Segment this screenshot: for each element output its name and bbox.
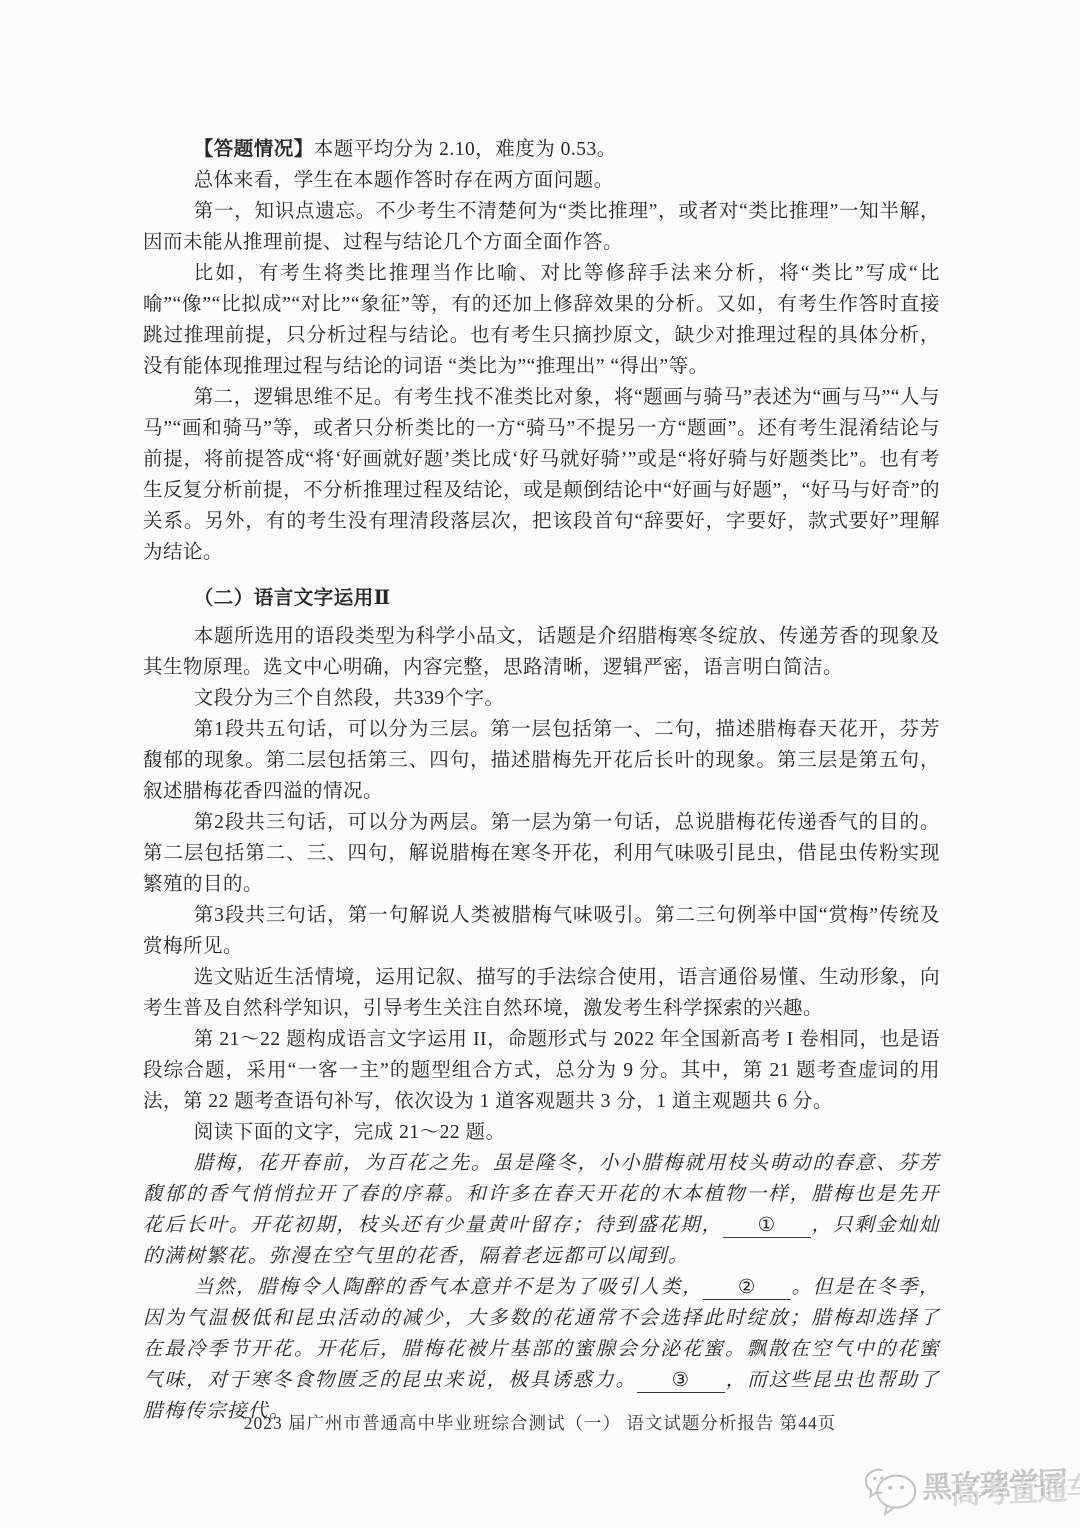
text-run: 当然，腊梅令人陶醉的香气本意并不是为了吸引人类， <box>194 1277 704 1298</box>
problem-1-paragraph: 第一，知识点遗忘。不少考生不清楚何为“类比推理”，或者对“类比推理”一知半解，因… <box>143 196 940 258</box>
page-footer: 2023 届广州市普通高中毕业班综合测试（一） 语文试题分析报告 第44页 <box>0 1410 1080 1435</box>
watermark-text-back: 高考直通车 <box>950 1464 1080 1513</box>
answer-situation-paragraph: 【答题情况】本题平均分为 2.10，难度为 0.53。 <box>143 134 940 165</box>
text-run: 阅读下面的文字，完成 21～22 题。 <box>194 1122 506 1143</box>
para1-analysis-paragraph: 第1段共五句话，可以分为三层。第一层包括第一、二句，描述腊梅春天花开，芬芳馥郁的… <box>143 714 940 807</box>
document-page: 【答题情况】本题平均分为 2.10，难度为 0.53。总体来看，学生在本题作答时… <box>0 0 1080 1527</box>
text-run: 第 21～22 题构成语言文字运用 II，命题形式与 2022 年全国新高考 I… <box>143 1029 940 1112</box>
para2-analysis-paragraph: 第2段共三句话，可以分为两层。第一层为第一句话，总说腊梅花传递香气的目的。第二层… <box>143 807 940 900</box>
passage-feature-paragraph: 选文贴近生活情境，运用记叙、描写的手法综合使用，语言通俗易懂、生动形象，向考生普… <box>143 962 940 1024</box>
text-run: （二）语言文字运用Ⅱ <box>194 588 391 609</box>
text-run: 【答题情况】 <box>194 139 314 160</box>
document-body: 【答题情况】本题平均分为 2.10，难度为 0.53。总体来看，学生在本题作答时… <box>143 134 940 1427</box>
text-run: 文段分为三个自然段，共339个字。 <box>194 688 505 709</box>
text-run: 第一，知识点遗忘。不少考生不清楚何为“类比推理”，或者对“类比推理”一知半解，因… <box>143 201 940 253</box>
text-run: 本题所选用的语段类型为科学小品文，话题是介绍腊梅寒冬绽放、传递芳香的现象及其生物… <box>143 626 940 678</box>
fill-in-blank-③: ③ <box>637 1370 725 1393</box>
overview-paragraph: 总体来看，学生在本题作答时存在两方面问题。 <box>143 165 940 196</box>
text-run: 选文贴近生活情境，运用记叙、描写的手法综合使用，语言通俗易懂、生动形象，向考生普… <box>143 967 940 1019</box>
passage-text-paragraph-1: 腊梅，花开春前，为百花之先。虽是隆冬，小小腊梅就用枝头萌动的春意、芬芳馥郁的香气… <box>143 1148 940 1272</box>
section-heading: （二）语言文字运用Ⅱ <box>143 583 940 614</box>
problem-1-example-paragraph: 比如，有考生将类比推理当作比喻、对比等修辞手法来分析，将“类比”写成“比喻”“像… <box>143 258 940 382</box>
fill-in-blank-②: ② <box>703 1277 791 1300</box>
problem-2-paragraph: 第二，逻辑思维不足。有考生找不准类比对象，将“题画与骑马”表述为“画与马”“人与… <box>143 382 940 568</box>
text-run: 本题平均分为 2.10，难度为 0.53。 <box>314 139 617 160</box>
text-run: 比如，有考生将类比推理当作比喻、对比等修辞手法来分析，将“类比”写成“比喻”“像… <box>143 263 940 377</box>
passage-length-paragraph: 文段分为三个自然段，共339个字。 <box>143 683 940 714</box>
reading-instruction-paragraph: 阅读下面的文字，完成 21～22 题。 <box>143 1117 940 1148</box>
text-run: 第3段共三句话，第一句解说人类被腊梅气味吸引。第二三句例举中国“赏梅”传统及赏梅… <box>143 905 940 957</box>
wechat-chat-bubbles-icon <box>861 1453 921 1517</box>
text-run: 第二，逻辑思维不足。有考生找不准类比对象，将“题画与骑马”表述为“画与马”“人与… <box>143 387 940 563</box>
para3-analysis-paragraph: 第3段共三句话，第一句解说人类被腊梅气味吸引。第二三句例举中国“赏梅”传统及赏梅… <box>143 900 940 962</box>
text-run: 第1段共五句话，可以分为三层。第一层包括第一、二句，描述腊梅春天花开，芬芳馥郁的… <box>143 719 940 802</box>
fill-in-blank-①: ① <box>723 1215 811 1238</box>
passage-intro-paragraph: 本题所选用的语段类型为科学小品文，话题是介绍腊梅寒冬绽放、传递芳香的现象及其生物… <box>143 621 940 683</box>
question-design-paragraph: 第 21～22 题构成语言文字运用 II，命题形式与 2022 年全国新高考 I… <box>143 1024 940 1117</box>
text-run: 总体来看，学生在本题作答时存在两方面问题。 <box>194 170 614 191</box>
watermark: 黑玫瑰学园 高考直通车 <box>861 1441 1080 1524</box>
text-run: 第2段共三句话，可以分为两层。第一层为第一句话，总说腊梅花传递香气的目的。第二层… <box>143 812 940 895</box>
passage-text-paragraph-2: 当然，腊梅令人陶醉的香气本意并不是为了吸引人类，②。但是在冬季，因为气温极低和昆… <box>143 1272 940 1427</box>
